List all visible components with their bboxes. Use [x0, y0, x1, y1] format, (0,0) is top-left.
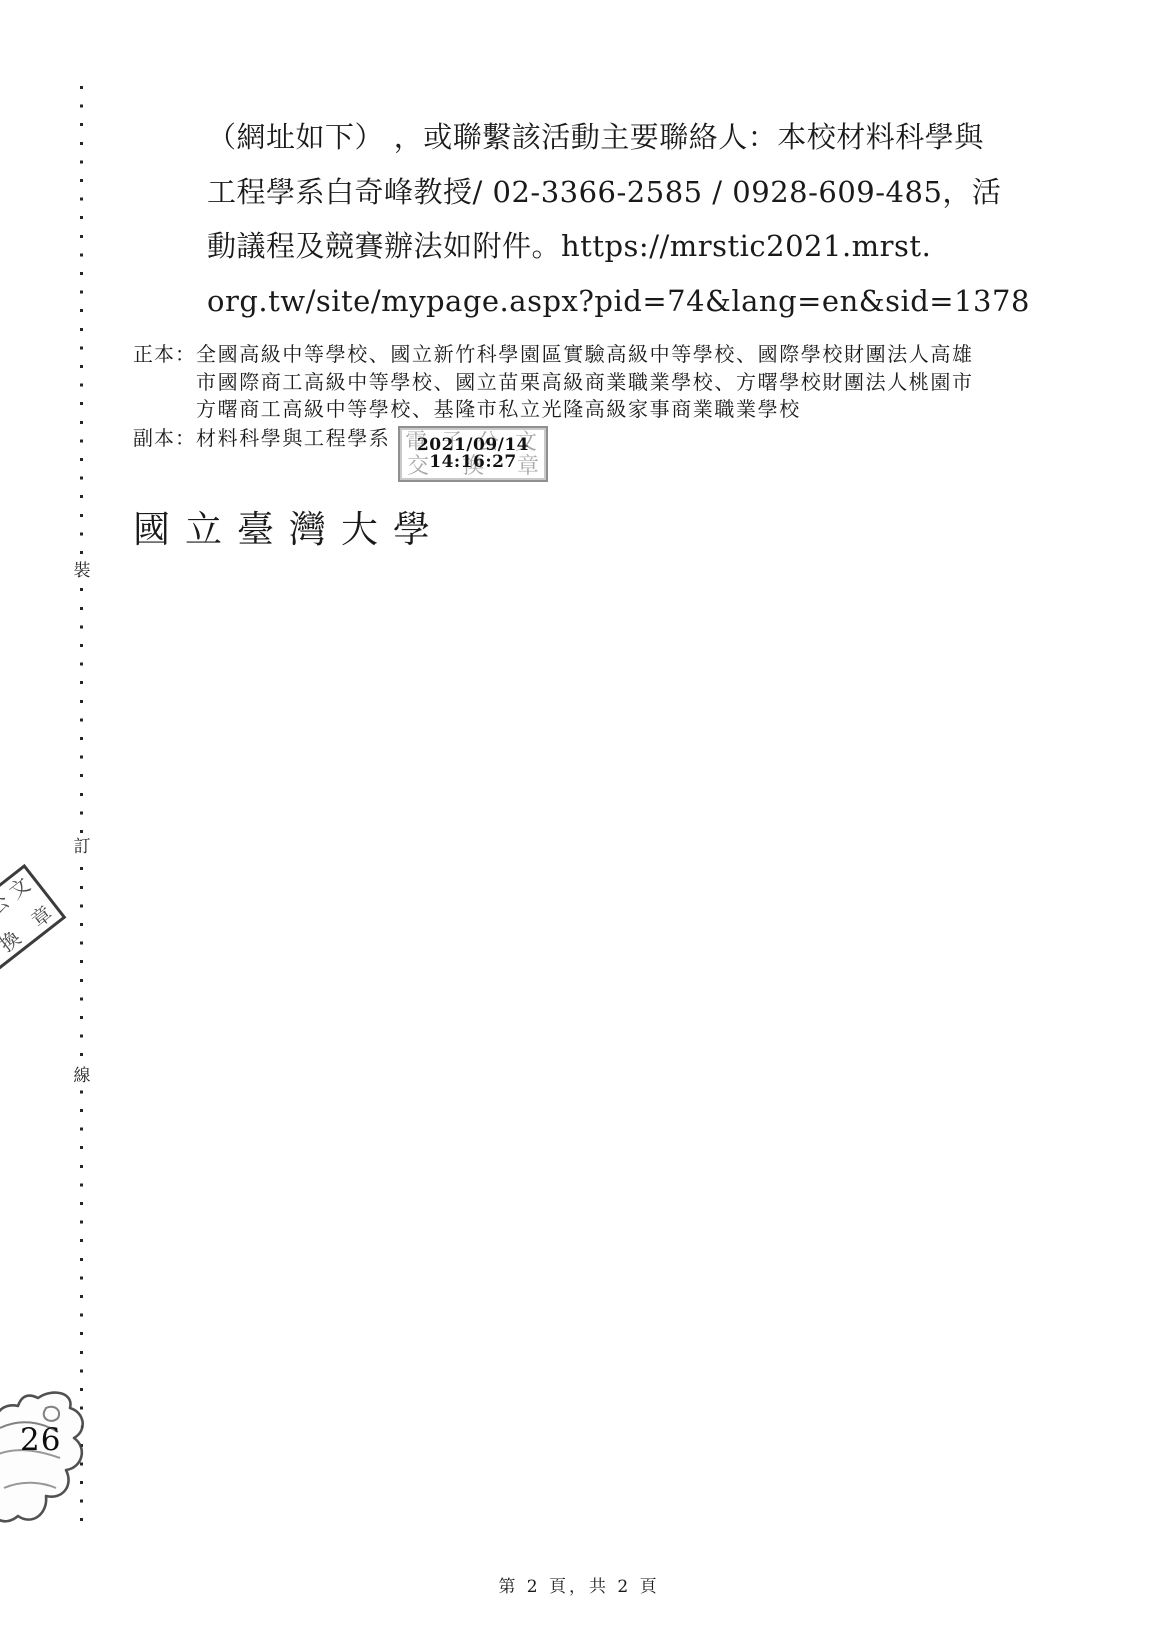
primary-recipients-row: 正本： 全國高級中等學校、國立新竹科學園區實驗高級中等學校、國際學校財團法人高雄…: [133, 341, 986, 424]
binding-dotted-line: [80, 86, 83, 1522]
binding-char-zhuang: 裝: [68, 560, 96, 582]
document-page: 裝 訂 線 （網址如下） ，或聯繫該活動主要聯絡人：本校材料科學與 工程學系白奇…: [0, 0, 1158, 1649]
copy-recipients-row: 副本： 材料科學與工程學系: [133, 425, 986, 453]
body-line: org.tw/site/mypage.aspx?pid=74&lang=en&s…: [207, 274, 1030, 329]
exchange-stamp: 電 子 公 文 交 換 章 2021/09/14 14:16:27: [398, 426, 548, 482]
copy-recipients-label: 副本：: [133, 425, 196, 453]
binding-char-ding: 訂: [68, 836, 96, 858]
edge-stamp-char: 換: [0, 927, 24, 955]
recipients-block: 正本： 全國高級中等學校、國立新竹科學園區實驗高級中等學校、國際學校財團法人高雄…: [133, 341, 986, 452]
body-line: 工程學系白奇峰教授/ 02-3366-2585 / 0928-609-485，活: [207, 165, 1030, 220]
body-line: 動議程及競賽辦法如附件。https://mrstic2021.mrst.: [207, 219, 1030, 274]
exchange-stamp-time: 14:16:27: [400, 452, 546, 472]
edge-exchange-stamp: 電 子 公 文 交 換 章: [0, 864, 66, 990]
primary-recipients-text: 全國高級中等學校、國立新竹科學園區實驗高級中等學校、國際學校財團法人高雄市國際商…: [196, 341, 986, 424]
edge-stamp-char: 章: [28, 903, 56, 931]
body-paragraph: （網址如下） ，或聯繫該活動主要聯絡人：本校材料科學與 工程學系白奇峰教授/ 0…: [207, 110, 1030, 328]
page-number: 26: [20, 1422, 61, 1458]
body-line: （網址如下） ，或聯繫該活動主要聯絡人：本校材料科學與: [207, 110, 1030, 165]
primary-recipients-label: 正本：: [133, 341, 196, 369]
binding-char-xian: 線: [68, 1065, 96, 1087]
edge-stamp-char: 公: [0, 891, 12, 919]
page-footer: 第 2 頁，共 2 頁: [0, 1572, 1158, 1597]
edge-stamp-row: 交 換 章: [0, 903, 56, 980]
edge-stamp-char: 文: [5, 874, 33, 902]
page-number-stamp: 26: [0, 1384, 90, 1548]
copy-recipients-text: 材料科學與工程學系: [196, 425, 986, 453]
organization-name: 國立臺灣大學: [133, 499, 445, 553]
stamp-blob-icon: [0, 1384, 90, 1548]
